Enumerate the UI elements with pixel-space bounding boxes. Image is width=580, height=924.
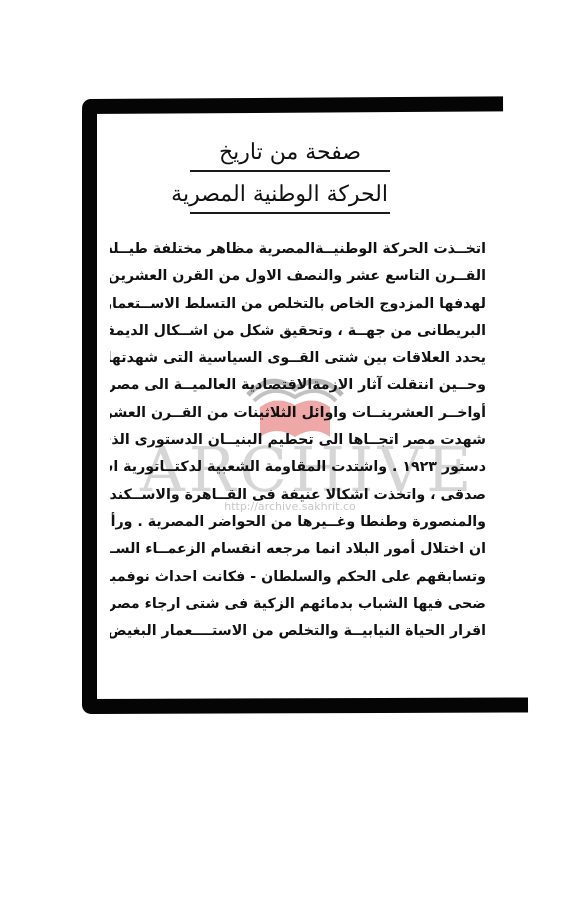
body-line: ضحى فيها الشباب بدمائهم الزكية فى شتى ار… (110, 591, 486, 618)
frame-left-border (82, 104, 97, 712)
body-line: يحدد العلاقات بين شتى القــوى السياسية ا… (110, 345, 486, 372)
body-line: وتسابقهم على الحكم والسلطان - فكانت احدا… (110, 564, 486, 591)
body-line: وحــين انتقلت آثار الازمةالاقتصادية العا… (110, 372, 486, 399)
body-line: القــرن التاسع عشر والنصف الاول من القرن… (110, 263, 486, 290)
article-body: اتخــذت الحركة الوطنيــةالمصرية مظاهر مخ… (110, 236, 486, 645)
title-line-1: صفحة من تاريخ (190, 138, 390, 172)
scanned-page: صفحة من تاريخ الحركة الوطنية المصرية ARC… (0, 0, 580, 924)
body-line: اتخــذت الحركة الوطنيــةالمصرية مظاهر مخ… (110, 236, 486, 263)
title-line-2: الحركة الوطنية المصرية (190, 180, 390, 214)
body-line: صدقى ، واتخذت اشكالا عنيفة فى القــاهرة … (110, 482, 486, 509)
body-line: ان اختلال أمور البلاد انما مرجعه انقسام … (110, 536, 486, 563)
body-line: أواخــر العشرينــات واوائل الثلاثينات من… (110, 400, 486, 427)
body-line: البريطانى من جهــة ، وتحقيق شكل من اشــك… (110, 318, 486, 345)
frame-top-border (82, 96, 503, 114)
body-line: دستور ١٩٢٣ . واشتدت المقاومة الشعبية لدك… (110, 454, 486, 481)
body-line: لهدفها المزدوج الخاص بالتخلص من التسلط ا… (110, 291, 486, 318)
article-title: صفحة من تاريخ الحركة الوطنية المصرية (190, 138, 390, 222)
frame-bottom-border (82, 697, 528, 714)
body-line: والمنصورة وطنطا وغــيرها من الحواضر المص… (110, 509, 486, 536)
body-line: شهدت مصر اتجــاها الى تحطيم البنيــان ال… (110, 427, 486, 454)
body-line: اقرار الحياة النيابيــة والتخلص من الاست… (110, 618, 486, 645)
